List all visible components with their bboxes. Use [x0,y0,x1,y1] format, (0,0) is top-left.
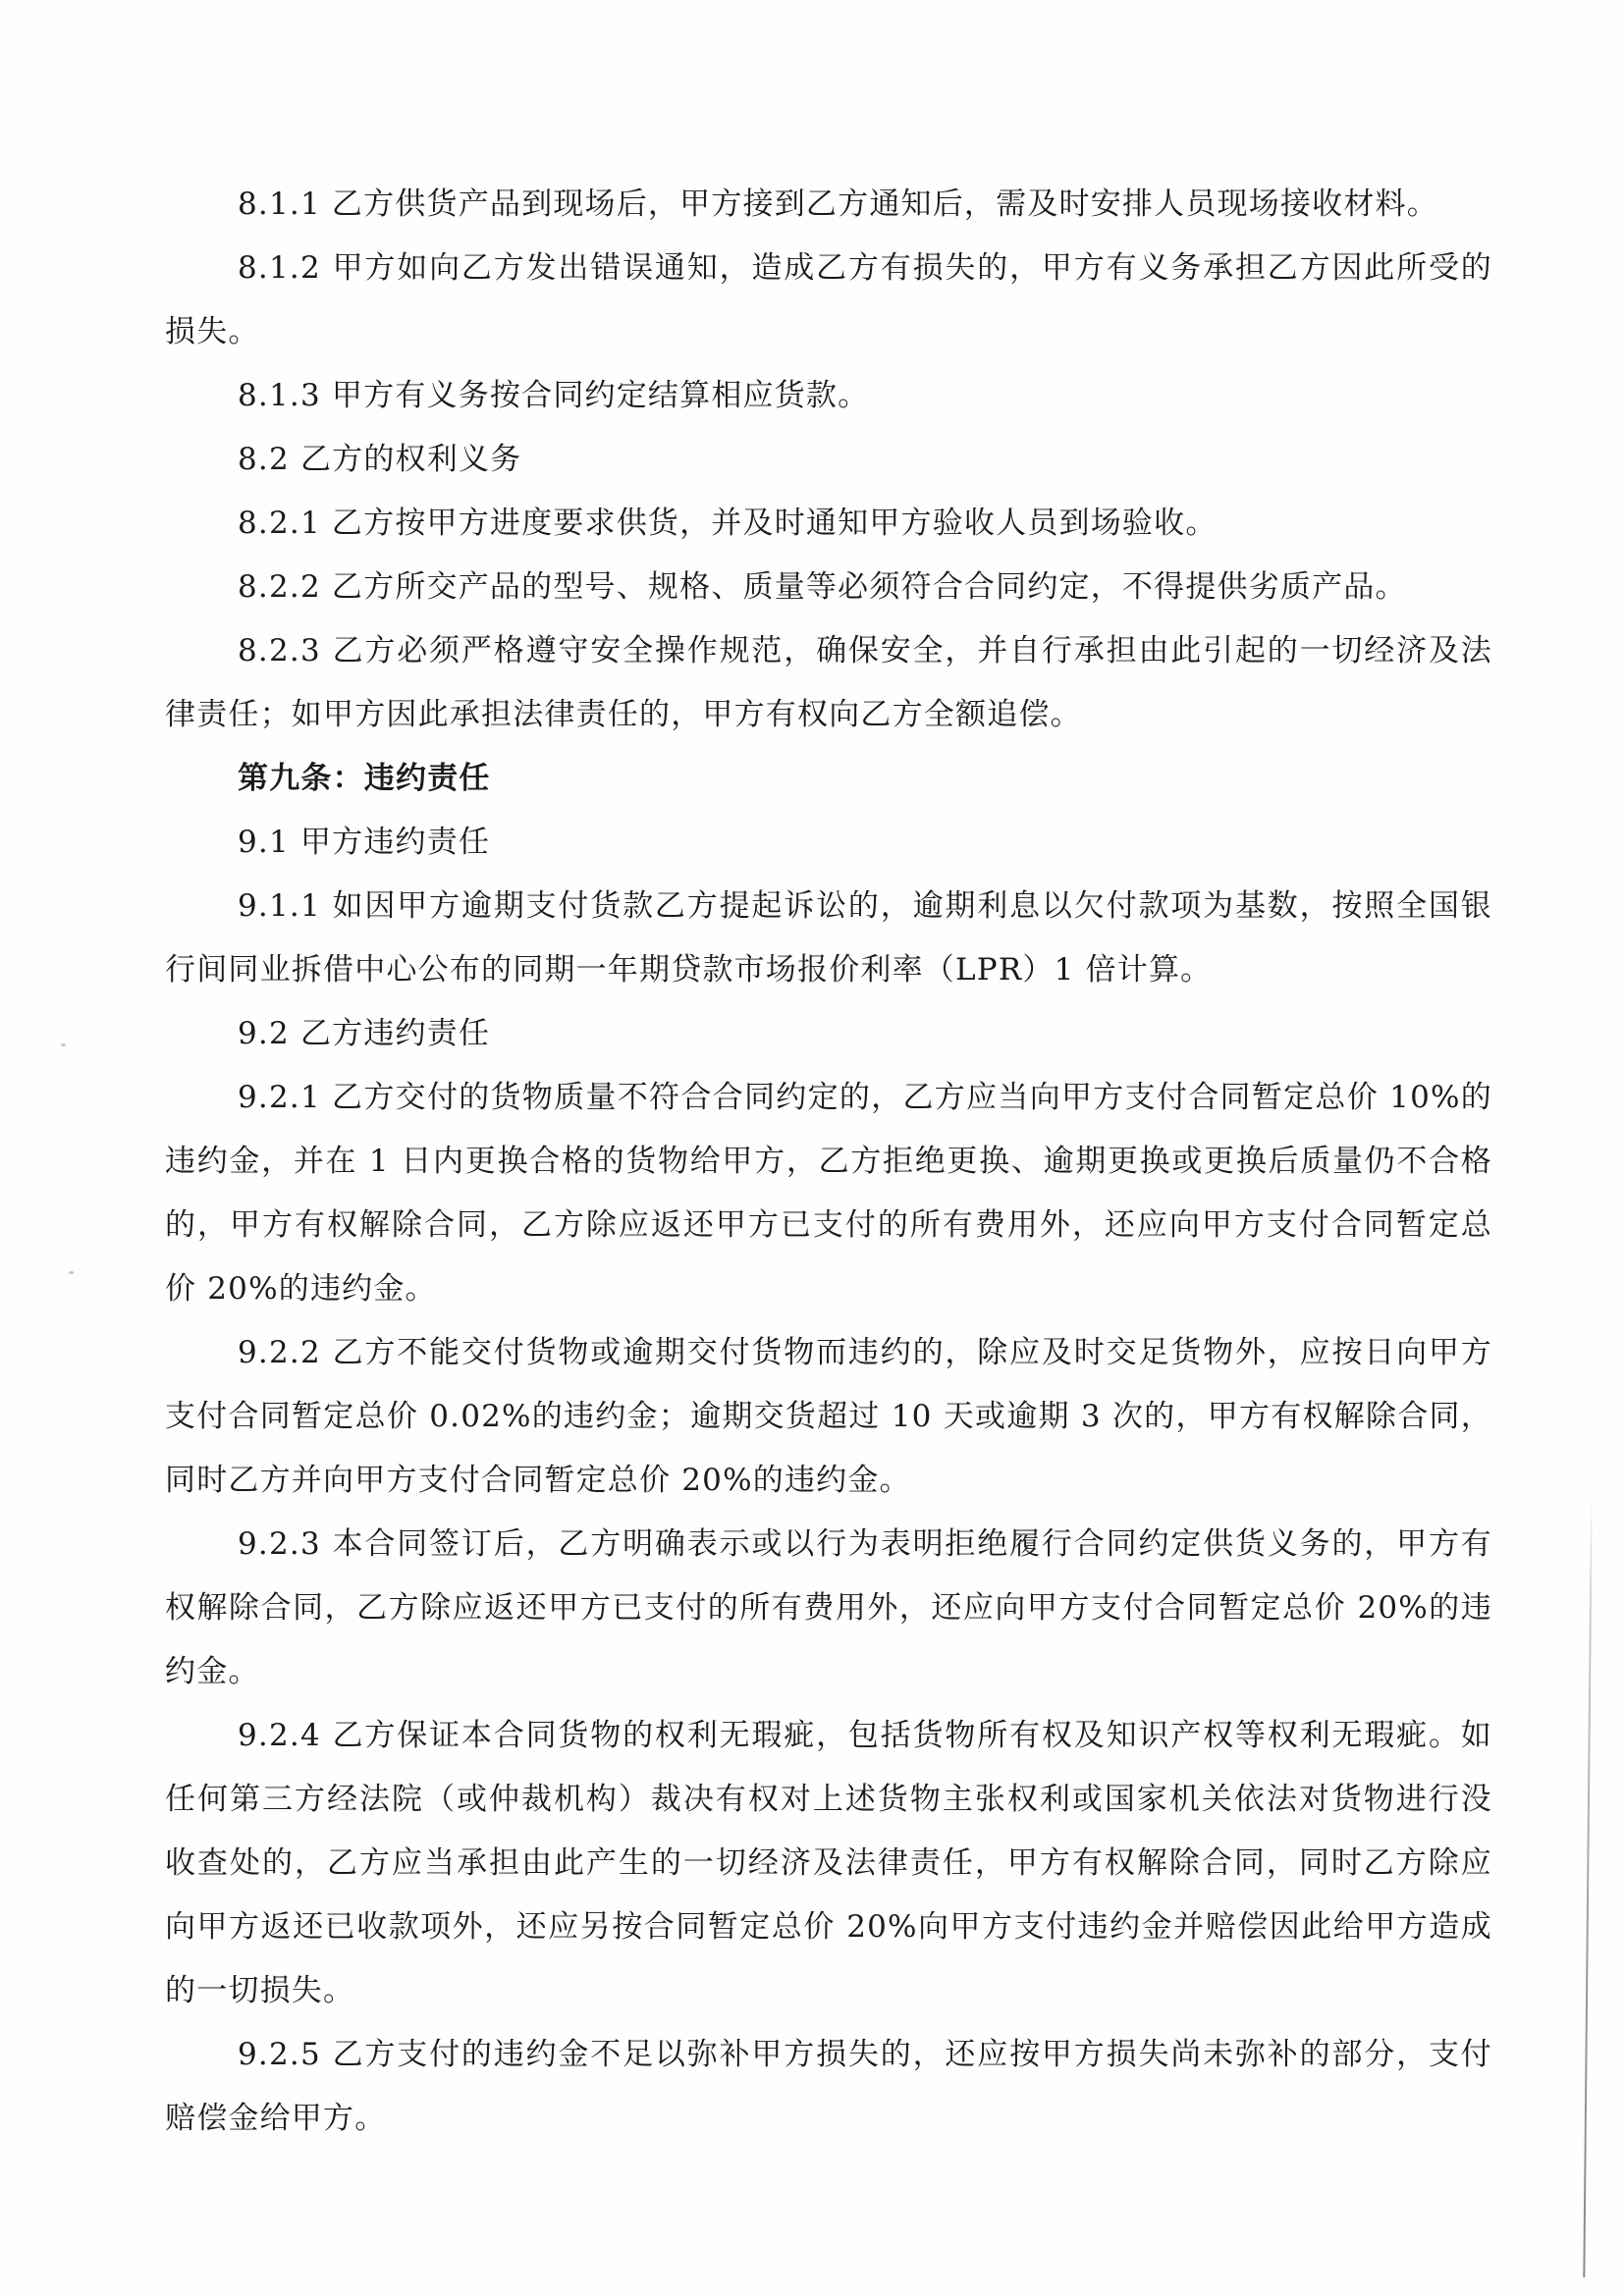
section-8-2-heading: 8.2 乙方的权利义务 [165,428,1492,492]
clause-9-1-1: 9.1.1 如因甲方逾期支付货款乙方提起诉讼的，逾期利息以欠付款项为基数，按照全… [165,875,1492,1002]
scan-speck [69,1271,74,1274]
clause-9-2-3: 9.2.3 本合同签订后，乙方明确表示或以行为表明拒绝履行合同约定供货义务的，甲… [165,1513,1492,1704]
clause-8-2-1: 8.2.1 乙方按甲方进度要求供货，并及时通知甲方验收人员到场验收。 [165,492,1492,556]
clause-8-1-3: 8.1.3 甲方有义务按合同约定结算相应货款。 [165,364,1492,428]
article-9-heading: 第九条：违约责任 [165,747,1492,811]
scan-speck [61,1043,66,1046]
section-9-1-heading: 9.1 甲方违约责任 [165,811,1492,875]
clause-9-2-4: 9.2.4 乙方保证本合同货物的权利无瑕疵，包括货物所有权及知识产权等权利无瑕疵… [165,1704,1492,2023]
clause-9-2-2: 9.2.2 乙方不能交付货物或逾期交付货物而违约的，除应及时交足货物外，应按日向… [165,1321,1492,1513]
contract-body: 8.1.1 乙方供货产品到现场后，甲方接到乙方通知后，需及时安排人员现场接收材料… [165,173,1492,2151]
scan-edge-line [1583,1492,1593,2277]
clause-8-2-3: 8.2.3 乙方必须严格遵守安全操作规范，确保安全，并自行承担由此引起的一切经济… [165,619,1492,747]
clause-8-1-2: 8.1.2 甲方如向乙方发出错误通知，造成乙方有损失的，甲方有义务承担乙方因此所… [165,237,1492,364]
section-9-2-heading: 9.2 乙方违约责任 [165,1002,1492,1066]
scanned-page: 8.1.1 乙方供货产品到现场后，甲方接到乙方通知后，需及时安排人员现场接收材料… [0,0,1624,2296]
clause-8-1-1: 8.1.1 乙方供货产品到现场后，甲方接到乙方通知后，需及时安排人员现场接收材料… [165,173,1492,237]
clause-8-2-2: 8.2.2 乙方所交产品的型号、规格、质量等必须符合合同约定，不得提供劣质产品。 [165,556,1492,619]
clause-9-2-5: 9.2.5 乙方支付的违约金不足以弥补甲方损失的，还应按甲方损失尚未弥补的部分，… [165,2023,1492,2151]
clause-9-2-1: 9.2.1 乙方交付的货物质量不符合合同约定的，乙方应当向甲方支付合同暂定总价 … [165,1066,1492,1321]
